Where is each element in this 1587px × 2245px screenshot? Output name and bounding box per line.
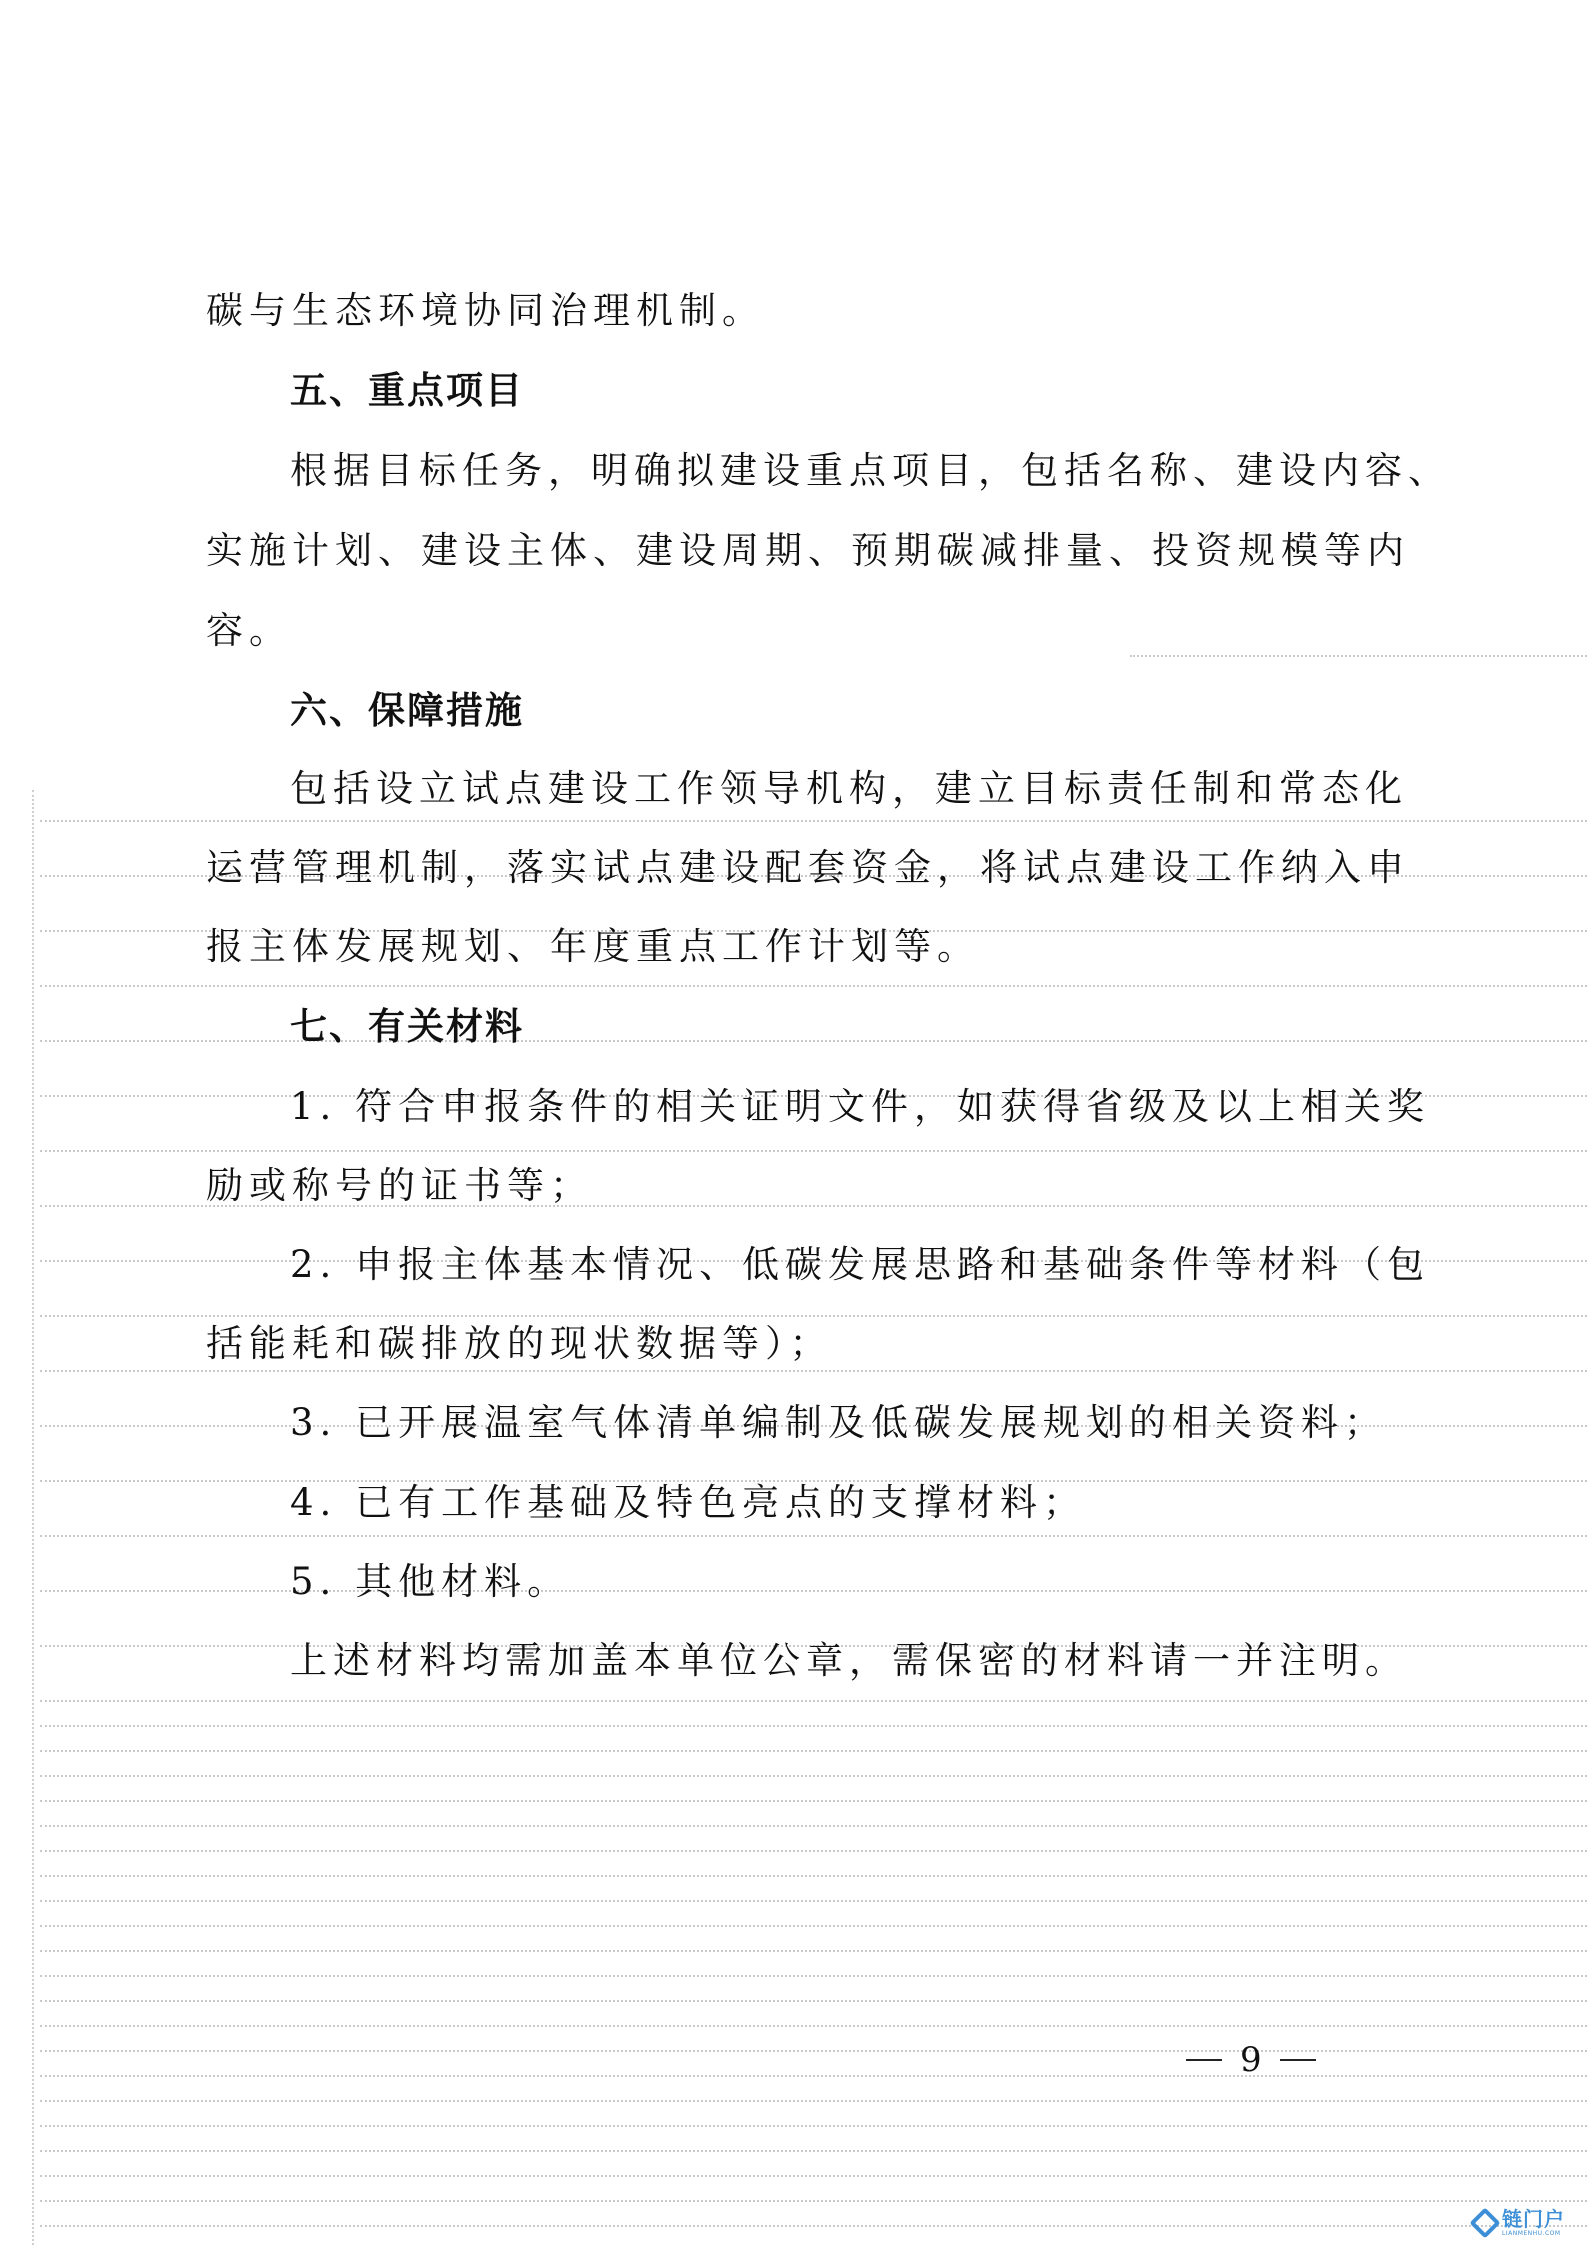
paragraph-line: 根据目标任务，明确拟建设重点项目，包括名称、建设内容、 bbox=[290, 448, 1451, 494]
section-heading-5: 五、重点项目 bbox=[290, 368, 524, 414]
page-number: 9 bbox=[1186, 2040, 1316, 2080]
closing-note: 上述材料均需加盖本单位公章，需保密的材料请一并注明。 bbox=[290, 1638, 1408, 1684]
page-number-value: 9 bbox=[1240, 2040, 1262, 2080]
paragraph-line: 实施计划、建设主体、建设周期、预期碳减排量、投资规模等内 bbox=[206, 528, 1410, 574]
list-item-1: 1. 符合申报条件的相关证明文件，如获得省级及以上相关奖 bbox=[290, 1084, 1430, 1130]
watermark-url: LIANMENHU.COM bbox=[1502, 2231, 1565, 2237]
section-heading-6: 六、保障措施 bbox=[290, 688, 524, 734]
diamond-logo-icon bbox=[1469, 2207, 1500, 2238]
list-item-2: 2. 申报主体基本情况、低碳发展思路和基础条件等材料（包 bbox=[290, 1242, 1430, 1288]
paragraph-line: 容。 bbox=[206, 608, 292, 654]
paragraph-line: 包括设立试点建设工作领导机构，建立目标责任制和常态化 bbox=[290, 766, 1408, 812]
document-page: 碳与生态环境协同治理机制。 五、重点项目 根据目标任务，明确拟建设重点项目，包括… bbox=[0, 0, 1587, 2245]
list-item-3: 3. 已开展温室气体清单编制及低碳发展规划的相关资料； bbox=[290, 1400, 1387, 1446]
list-item-1-cont: 励或称号的证书等； bbox=[206, 1163, 593, 1209]
section-heading-7: 七、有关材料 bbox=[290, 1004, 524, 1050]
paragraph-line: 运营管理机制，落实试点建设配套资金，将试点建设工作纳入申 bbox=[206, 845, 1410, 891]
watermark-logo: 链门户 LIANMENHU.COM bbox=[1474, 2209, 1565, 2237]
list-item-2-cont: 括能耗和碳排放的现状数据等）； bbox=[206, 1321, 833, 1367]
paragraph-line: 碳与生态环境协同治理机制。 bbox=[206, 288, 765, 334]
list-item-5: 5. 其他材料。 bbox=[290, 1559, 570, 1605]
paragraph-line: 报主体发展规划、年度重点工作计划等。 bbox=[206, 924, 980, 970]
watermark-name: 链门户 bbox=[1502, 2209, 1565, 2229]
dash-left bbox=[1186, 2059, 1222, 2061]
list-item-4: 4. 已有工作基础及特色亮点的支撑材料； bbox=[290, 1480, 1086, 1526]
dash-right bbox=[1280, 2059, 1316, 2061]
